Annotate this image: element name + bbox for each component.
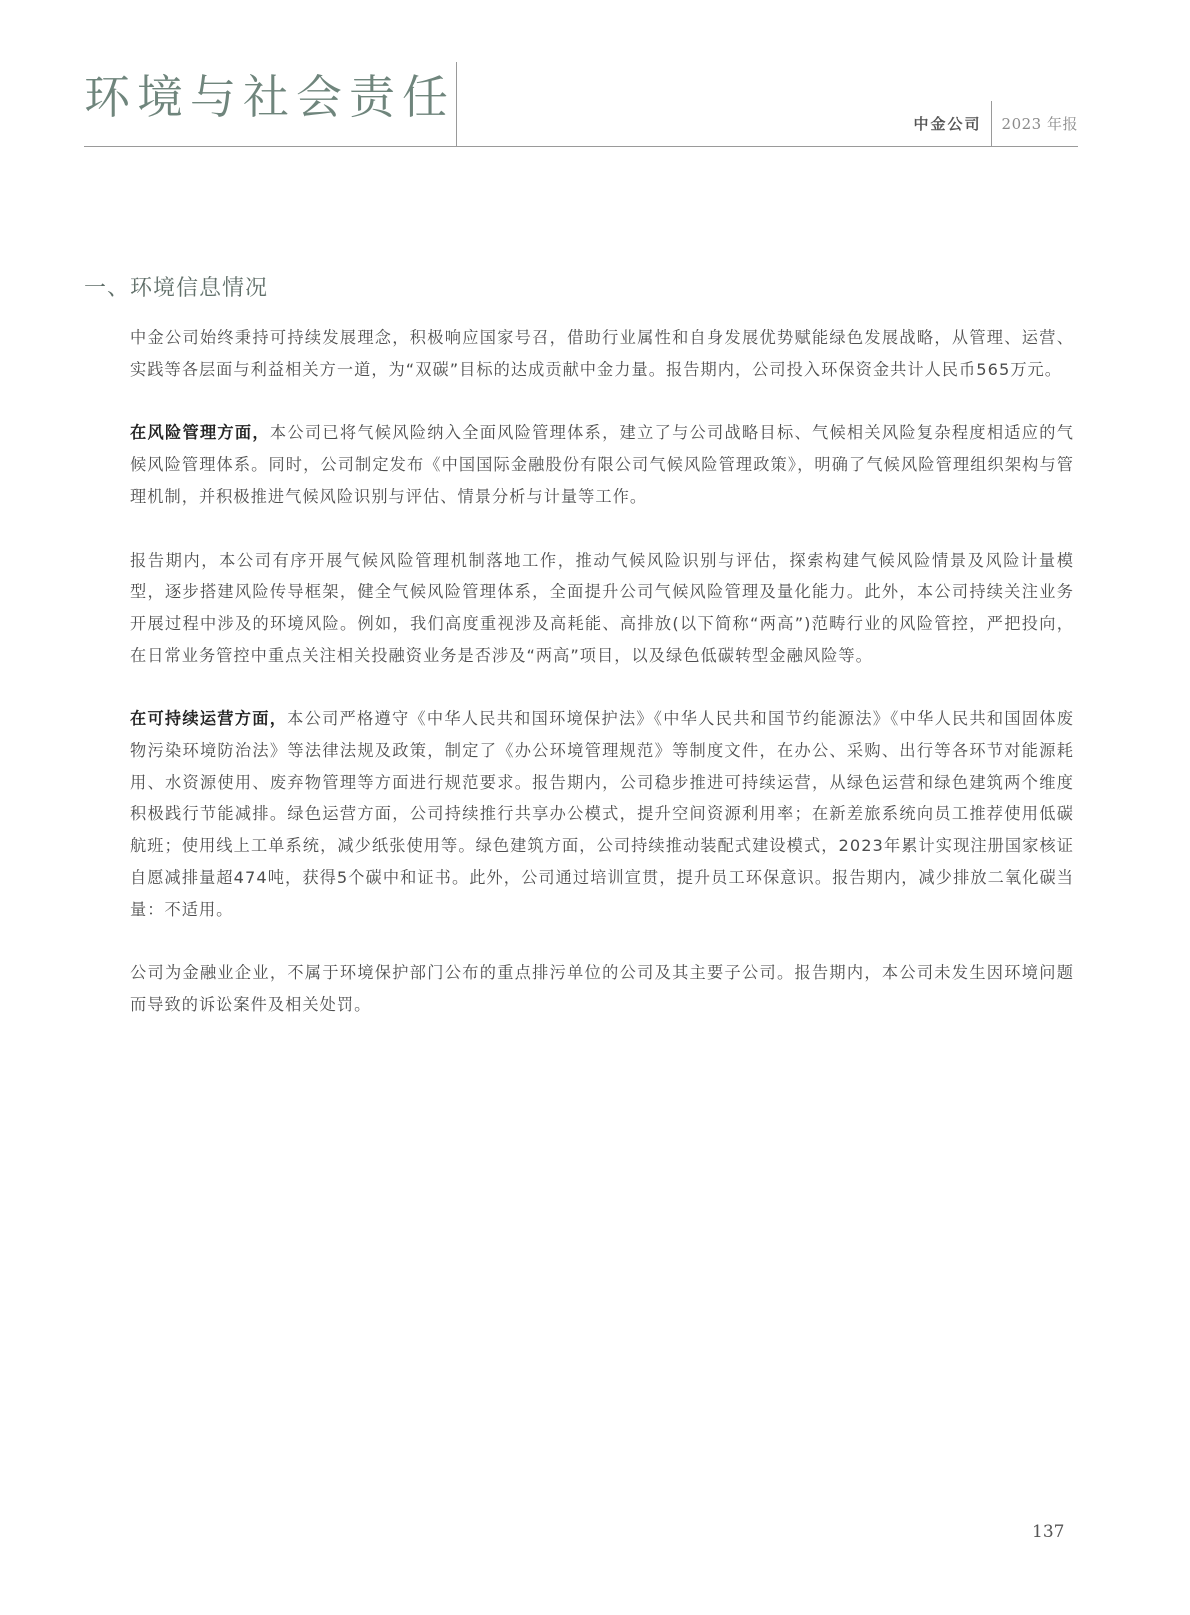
- paragraph-intro: 中金公司始终秉持可持续发展理念，积极响应国家号召，借助行业属性和自身发展优势赋能…: [130, 322, 1074, 385]
- paragraph-risk-management: 在风险管理方面，本公司已将气候风险纳入全面风险管理体系，建立了与公司战略目标、气…: [130, 417, 1074, 512]
- company-name: 中金公司: [914, 113, 991, 134]
- paragraph-lead: 在风险管理方面，: [130, 423, 270, 442]
- paragraph-text: 报告期内，本公司有序开展气候风险管理机制落地工作，推动气候风险识别与评估，探索构…: [130, 551, 1074, 665]
- report-label: 2023 年报: [992, 113, 1078, 134]
- page-number: 137: [1032, 1522, 1064, 1542]
- paragraph-text: 公司为金融业企业，不属于环境保护部门公布的重点排污单位的公司及其主要子公司。报告…: [130, 963, 1074, 1014]
- title-divider: [456, 62, 457, 147]
- paragraph-text: 中金公司始终秉持可持续发展理念，积极响应国家号召，借助行业属性和自身发展优势赋能…: [130, 328, 1074, 379]
- paragraph-text: 本公司严格遵守《中华人民共和国环境保护法》《中华人民共和国节约能源法》《中华人民…: [130, 709, 1074, 918]
- header-rule: [84, 146, 1078, 147]
- chapter-title: 环境与社会责任: [84, 74, 455, 120]
- section-body: 中金公司始终秉持可持续发展理念，积极响应国家号召，借助行业属性和自身发展优势赋能…: [130, 322, 1074, 1053]
- paragraph-compliance: 公司为金融业企业，不属于环境保护部门公布的重点排污单位的公司及其主要子公司。报告…: [130, 957, 1074, 1020]
- section-heading: 一、环境信息情况: [84, 276, 268, 302]
- paragraph-sustainable-operations: 在可持续运营方面，本公司严格遵守《中华人民共和国环境保护法》《中华人民共和国节约…: [130, 703, 1074, 925]
- paragraph-lead: 在可持续运营方面，: [130, 709, 287, 728]
- header-meta: 中金公司 2023 年报: [914, 101, 1078, 146]
- paragraph-text: 本公司已将气候风险纳入全面风险管理体系，建立了与公司战略目标、气候相关风险复杂程…: [130, 423, 1074, 505]
- paragraph-climate-risk: 报告期内，本公司有序开展气候风险管理机制落地工作，推动气候风险识别与评估，探索构…: [130, 545, 1074, 672]
